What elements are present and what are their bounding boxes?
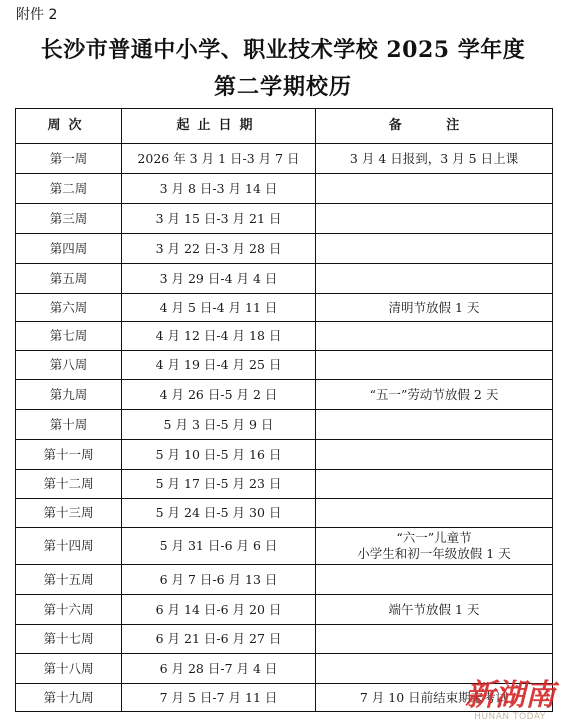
week-cell: 第三周 [16, 204, 122, 234]
date-range-cell: 5 月 10 日-5 月 16 日 [122, 440, 316, 470]
date-range-cell: 5 月 17 日-5 月 23 日 [122, 470, 316, 499]
note-cell: 3 月 4 日报到，3 月 5 日上课 [316, 144, 553, 174]
date-range-cell: 3 月 29 日-4 月 4 日 [122, 264, 316, 294]
table-row: 第十七周6 月 21 日-6 月 27 日 [16, 625, 553, 654]
week-cell: 第十五周 [16, 565, 122, 595]
note-cell: “六一”儿童节小学生和初一年级放假 1 天 [316, 528, 553, 565]
attachment-label: 附件 2 [16, 4, 57, 24]
note-cell: 清明节放假 1 天 [316, 294, 553, 322]
table-row: 第六周4 月 5 日-4 月 11 日清明节放假 1 天 [16, 294, 553, 322]
table-row: 第十五周6 月 7 日-6 月 13 日 [16, 565, 553, 595]
note-cell [316, 499, 553, 528]
note-text: 3 月 4 日报到，3 月 5 日上课 [316, 151, 552, 167]
table-row: 第五周3 月 29 日-4 月 4 日 [16, 264, 553, 294]
table-row: 第二周3 月 8 日-3 月 14 日 [16, 174, 553, 204]
table-row: 第十四周5 月 31 日-6 月 6 日“六一”儿童节小学生和初一年级放假 1 … [16, 528, 553, 565]
note-cell [316, 174, 553, 204]
note-text: 端午节放假 1 天 [316, 602, 552, 618]
header-notes: 备 注 [316, 109, 553, 144]
table-row: 第十三周5 月 24 日-5 月 30 日 [16, 499, 553, 528]
week-cell: 第八周 [16, 351, 122, 380]
note-cell [316, 410, 553, 440]
week-cell: 第四周 [16, 234, 122, 264]
table-row: 第七周4 月 12 日-4 月 18 日 [16, 322, 553, 351]
date-range-cell: 4 月 12 日-4 月 18 日 [122, 322, 316, 351]
document-title: 长沙市普通中小学、职业技术学校 2025 学年度 [0, 33, 566, 64]
week-cell: 第十周 [16, 410, 122, 440]
note-text-line2: 小学生和初一年级放假 1 天 [316, 546, 552, 562]
date-range-cell: 6 月 28 日-7 月 4 日 [122, 654, 316, 684]
date-range-cell: 6 月 21 日-6 月 27 日 [122, 625, 316, 654]
date-range-cell: 5 月 31 日-6 月 6 日 [122, 528, 316, 565]
week-cell: 第十九周 [16, 684, 122, 712]
date-range-cell: 5 月 24 日-5 月 30 日 [122, 499, 316, 528]
date-range-cell: 5 月 3 日-5 月 9 日 [122, 410, 316, 440]
week-cell: 第一周 [16, 144, 122, 174]
note-cell [316, 264, 553, 294]
note-cell [316, 565, 553, 595]
date-range-cell: 7 月 5 日-7 月 11 日 [122, 684, 316, 712]
note-cell [316, 440, 553, 470]
table-row: 第十六周6 月 14 日-6 月 20 日端午节放假 1 天 [16, 595, 553, 625]
date-range-cell: 4 月 19 日-4 月 25 日 [122, 351, 316, 380]
note-cell [316, 625, 553, 654]
date-range-cell: 4 月 26 日-5 月 2 日 [122, 380, 316, 410]
table-row: 第八周4 月 19 日-4 月 25 日 [16, 351, 553, 380]
watermark-chinese: 新湖南 [460, 680, 560, 712]
table-row: 第九周4 月 26 日-5 月 2 日“五一”劳动节放假 2 天 [16, 380, 553, 410]
week-cell: 第九周 [16, 380, 122, 410]
week-cell: 第十三周 [16, 499, 122, 528]
week-cell: 第五周 [16, 264, 122, 294]
week-cell: 第十四周 [16, 528, 122, 565]
note-cell [316, 470, 553, 499]
week-cell: 第十一周 [16, 440, 122, 470]
document-subtitle: 第二学期校历 [0, 70, 566, 101]
date-range-cell: 6 月 7 日-6 月 13 日 [122, 565, 316, 595]
note-cell [316, 234, 553, 264]
header-week: 周次 [16, 109, 122, 144]
header-dates: 起止日期 [122, 109, 316, 144]
school-calendar-table: 周次 起止日期 备 注 第一周2026 年 3 月 1 日-3 月 7 日3 月… [15, 108, 553, 712]
date-range-cell: 3 月 15 日-3 月 21 日 [122, 204, 316, 234]
week-cell: 第十七周 [16, 625, 122, 654]
date-range-cell: 6 月 14 日-6 月 20 日 [122, 595, 316, 625]
watermark-english: HUNAN TODAY [460, 712, 560, 722]
week-cell: 第十二周 [16, 470, 122, 499]
table-header-row: 周次 起止日期 备 注 [16, 109, 553, 144]
week-cell: 第六周 [16, 294, 122, 322]
note-text: “六一”儿童节 [316, 530, 552, 546]
table-row: 第十二周5 月 17 日-5 月 23 日 [16, 470, 553, 499]
note-cell: “五一”劳动节放假 2 天 [316, 380, 553, 410]
week-cell: 第七周 [16, 322, 122, 351]
note-cell [316, 322, 553, 351]
table-row: 第三周3 月 15 日-3 月 21 日 [16, 204, 553, 234]
note-cell [316, 204, 553, 234]
table-row: 第十周5 月 3 日-5 月 9 日 [16, 410, 553, 440]
date-range-cell: 2026 年 3 月 1 日-3 月 7 日 [122, 144, 316, 174]
note-cell: 端午节放假 1 天 [316, 595, 553, 625]
week-cell: 第十八周 [16, 654, 122, 684]
watermark-logo: 新湖南 HUNAN TODAY [460, 680, 560, 722]
note-text: 清明节放假 1 天 [316, 300, 552, 316]
table-row: 第一周2026 年 3 月 1 日-3 月 7 日3 月 4 日报到，3 月 5… [16, 144, 553, 174]
table-row: 第十一周5 月 10 日-5 月 16 日 [16, 440, 553, 470]
date-range-cell: 4 月 5 日-4 月 11 日 [122, 294, 316, 322]
table-row: 第四周3 月 22 日-3 月 28 日 [16, 234, 553, 264]
date-range-cell: 3 月 22 日-3 月 28 日 [122, 234, 316, 264]
week-cell: 第二周 [16, 174, 122, 204]
date-range-cell: 3 月 8 日-3 月 14 日 [122, 174, 316, 204]
note-text: “五一”劳动节放假 2 天 [316, 387, 552, 403]
note-cell [316, 351, 553, 380]
week-cell: 第十六周 [16, 595, 122, 625]
